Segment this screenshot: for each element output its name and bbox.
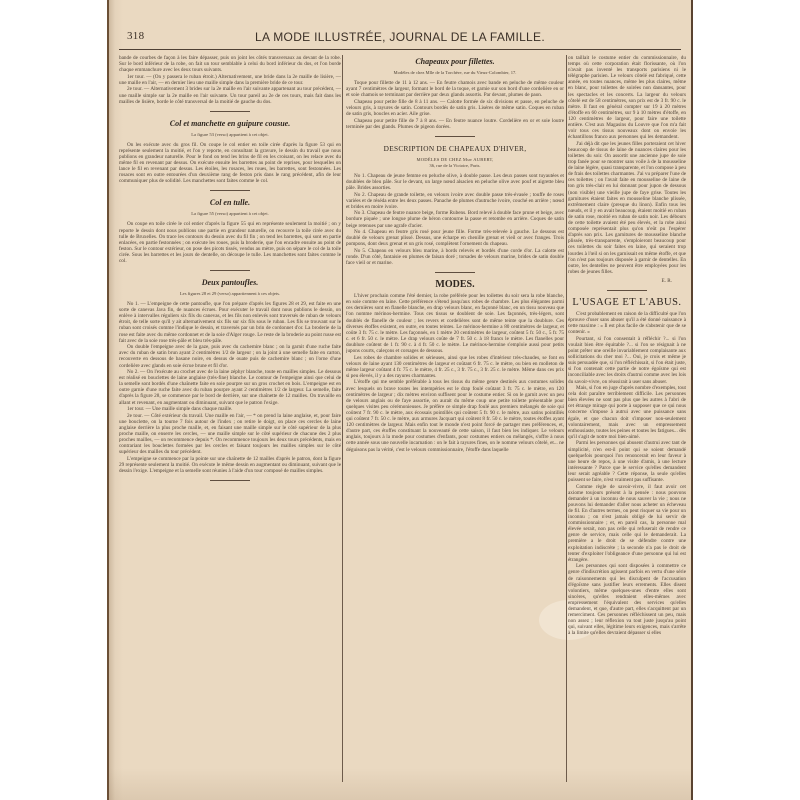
section-divider (435, 272, 475, 273)
paragraph: 1er tour. — Une maille simple dans chaqu… (119, 406, 341, 412)
paragraph: No 1. — L'empeigne de cette pantoufle, q… (119, 301, 341, 344)
author-signature: E. R. (568, 278, 686, 284)
column-left: bande de courbes de façon à les faire dé… (119, 55, 341, 800)
paragraph: No 2. — On l'exécute au crochet avec de … (119, 369, 341, 406)
paragraph: No 2. Chapeau de grande toilette, en vel… (346, 192, 564, 210)
section-title-chapeaux-fillettes: Chapeaux pour fillettes. (346, 56, 564, 67)
newspaper-page: 318 LA MODE ILLUSTRÉE, JOURNAL DE LA FAM… (107, 0, 693, 800)
running-title: LA MODE ILLUSTRÉE, JOURNAL DE LA FAMILLE… (119, 30, 681, 44)
section-subtitle: Les figures 28 et 29 (verso) appartienne… (119, 291, 341, 297)
section-subtitle-address: 36, rue de la Victoire, Paris. (346, 163, 564, 169)
section-divider (210, 111, 250, 112)
paragraph: Comme règle de savoir-vivre, il faut avo… (568, 484, 686, 563)
paragraph: C'est probablement en raison de la diffi… (568, 311, 686, 335)
paragraph: On les exécute avec du gros fil. On coup… (119, 142, 341, 185)
section-subtitle: La figure 55 (verso) appartient à cet ob… (119, 211, 341, 217)
paragraph: No 5. Chapeau en velours bleu marine, à … (346, 248, 564, 266)
section-title-col-et-manchette: Col et manchette en guipure cousue. (119, 118, 341, 129)
paragraph: 1er tour. — (On y passera le ruban étroi… (119, 74, 341, 86)
paragraph: J'ai déjà dit que les jeunes filles port… (568, 141, 686, 275)
paragraph: L'hiver prochain comme l'été dernier, la… (346, 293, 564, 354)
section-title-modes: MODES. (346, 279, 564, 290)
column-middle: Chapeaux pour fillettes. Modèles de chez… (346, 55, 564, 800)
paragraph: Les robes de chambre solides et sérieuse… (346, 355, 564, 379)
paragraph: 2e tour. — Alternativement 3 brides sur … (119, 86, 341, 104)
paragraph: On coupe en toile cirée le col entier d'… (119, 221, 341, 264)
paragraph: Parmi les personnes qui abusent d'autrui… (568, 440, 686, 483)
paragraph: No 1. Chapeau de jeune femme en peluche … (346, 173, 564, 191)
section-divider (607, 290, 647, 291)
section-title-deux-pantoufles: Deux pantoufles. (119, 277, 341, 288)
paragraph: bande de courbes de façon à les faire dé… (119, 55, 341, 73)
paragraph: No 4. Chapeau en feutre gris rosé pour j… (346, 229, 564, 247)
section-subtitle: La figure 53 (verso) appartient à cet ob… (119, 132, 341, 138)
section-title-col-en-tulle: Col en tulle. (119, 197, 341, 208)
paragraph: L'empeigne se commence par la pointe sur… (119, 456, 341, 474)
paragraph: On double l'empeigne avec de la gaze, pu… (119, 344, 341, 368)
section-title-chapeaux-hiver: DESCRIPTION DE CHAPEAUX D'HIVER, (346, 143, 564, 154)
header-rule (119, 49, 681, 50)
paragraph: Mais, si l'on en juge d'après nombre d'e… (568, 385, 686, 440)
paragraph: Pourtant, si l'on consentait à réfléchir… (568, 336, 686, 385)
paragraph: 2e tour. — Côté extérieur du travail. Un… (119, 413, 341, 456)
paragraph: Chapeau pour petite fille de 8 à 11 ans.… (346, 99, 564, 117)
paragraph: Les personnes qui sont disposées à comme… (568, 563, 686, 636)
section-divider (210, 480, 250, 481)
section-divider (435, 136, 475, 137)
section-title-usage-abus: L'USAGE ET L'ABUS. (568, 297, 686, 308)
paragraph: No 3. Chapeau de feutre nuance beige, fo… (346, 210, 564, 228)
column-divider (566, 55, 567, 782)
paragraph: on taillait le costume entier du commiss… (568, 55, 686, 140)
paragraph: Chapeau pour petite fille de 7 à 8 ans. … (346, 118, 564, 130)
page-header: 318 LA MODE ILLUSTRÉE, JOURNAL DE LA FAM… (119, 30, 681, 46)
section-divider (210, 190, 250, 191)
column-divider (342, 55, 343, 782)
section-subtitle: Modèles de chez Mlle de la Torchère, rue… (346, 70, 564, 76)
paragraph: Toque pour fillette de 11 à 12 ans. — En… (346, 80, 564, 98)
column-right: on taillait le costume entier du commiss… (568, 55, 686, 800)
section-divider (210, 270, 250, 271)
paragraph: L'étoffe qui me semble préférable à tous… (346, 379, 564, 452)
